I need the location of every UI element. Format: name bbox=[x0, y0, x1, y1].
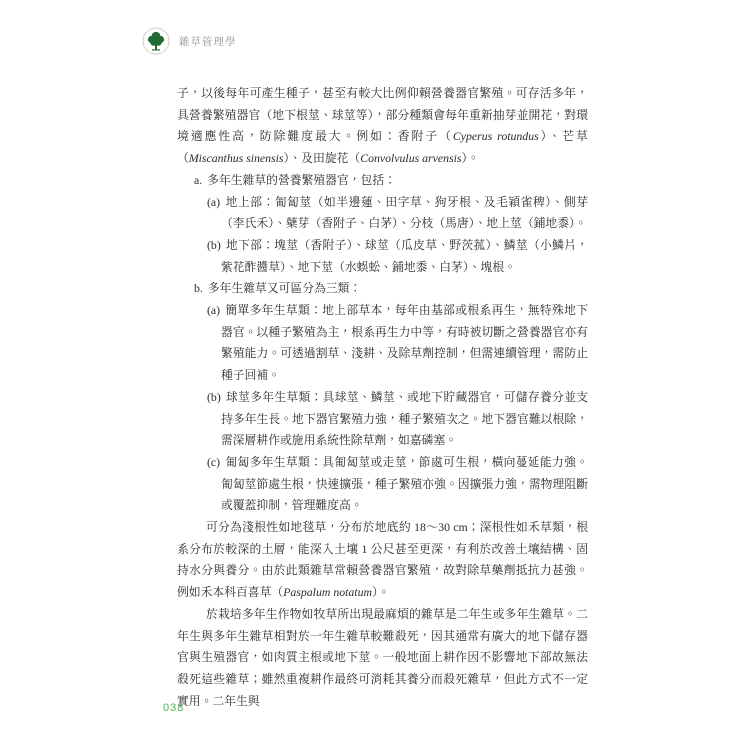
list-item-b-sub-c: (c)匍匐多年生草類：具匍匐莖或走莖，節處可生根，橫向蔓延能力強。匍匐莖節處生根… bbox=[177, 452, 588, 517]
paragraph-biennial: 於栽培多年生作物如牧草所出現最麻煩的雜草是二年生或多年生雜草。二年生與多年生雜草… bbox=[177, 604, 588, 713]
page-number: 038 bbox=[163, 702, 184, 714]
list-item-a: a.多年生雜草的營養繁殖器官，包括： bbox=[177, 170, 588, 192]
book-title: 雜草管理學 bbox=[179, 34, 237, 49]
page-header: 雜草管理學 bbox=[142, 27, 237, 55]
list-item-a-sub-a: (a)地上部：匍匐莖（如半邊蓮、田字草、狗牙根、及毛穎雀稗）、側芽（李氏禾）、蘗… bbox=[177, 192, 588, 235]
list-text: 匍匐多年生草類：具匍匐莖或走莖，節處可生根，橫向蔓延能力強。匍匐莖節處生根，快速… bbox=[221, 455, 588, 512]
list-item-b-sub-a: (a)簡單多年生草類：地上部草本，每年由基部或根系再生，無特殊地下器官。以種子繁… bbox=[177, 300, 588, 387]
list-text-a: 多年生雜草的營養繁殖器官，包括： bbox=[207, 173, 396, 187]
paragraph-perennial-intro: 子，以後每年可產生種子，甚至有較大比例仰賴營養器官繁殖。可存活多年，具營養繁殖器… bbox=[177, 83, 588, 170]
list-marker: (b) bbox=[207, 238, 221, 252]
list-text: 簡單多年生草類：地上部草本，每年由基部或根系再生，無特殊地下器官。以種子繁殖為主… bbox=[221, 303, 588, 382]
book-page: 雜草管理學 子，以後每年可產生種子，甚至有較大比例仰賴營養器官繁殖。可存活多年，… bbox=[0, 0, 750, 750]
list-marker: (b) bbox=[207, 390, 221, 404]
list-text: 地下部：塊莖（香附子）、球莖（瓜皮草、野茨菰）、鱗莖（小鱗片，紫花酢醬草）、地下… bbox=[221, 238, 588, 274]
page-content: 子，以後每年可產生種子，甚至有較大比例仰賴營養器官繁殖。可存活多年，具營養繁殖器… bbox=[177, 83, 588, 712]
list-item-a-sub-b: (b)地下部：塊莖（香附子）、球莖（瓜皮草、野茨菰）、鱗莖（小鱗片，紫花酢醬草）… bbox=[177, 235, 588, 278]
list-marker: (c) bbox=[207, 455, 220, 469]
list-marker: (a) bbox=[207, 303, 220, 317]
list-marker: (a) bbox=[207, 195, 220, 209]
tree-icon bbox=[142, 27, 170, 55]
list-text: 球莖多年生草類：具球莖、鱗莖、或地下貯藏器官，可儲存養分並支持多年生長。地下器官… bbox=[221, 390, 588, 447]
paragraph-root-depth: 可分為淺根性如地毯草，分布於地底約 18～30 cm；深根性如禾草類，根系分布於… bbox=[177, 517, 588, 604]
list-text-b: 多年生雜草又可區分為三類： bbox=[208, 281, 361, 295]
list-item-b: b.多年生雜草又可區分為三類： bbox=[177, 278, 588, 300]
list-marker-b: b. bbox=[194, 281, 203, 295]
list-text: 地上部：匍匐莖（如半邊蓮、田字草、狗牙根、及毛穎雀稗）、側芽（李氏禾）、蘗芽（香… bbox=[221, 195, 588, 231]
list-marker-a: a. bbox=[194, 173, 202, 187]
list-item-b-sub-b: (b)球莖多年生草類：具球莖、鱗莖、或地下貯藏器官，可儲存養分並支持多年生長。地… bbox=[177, 387, 588, 452]
